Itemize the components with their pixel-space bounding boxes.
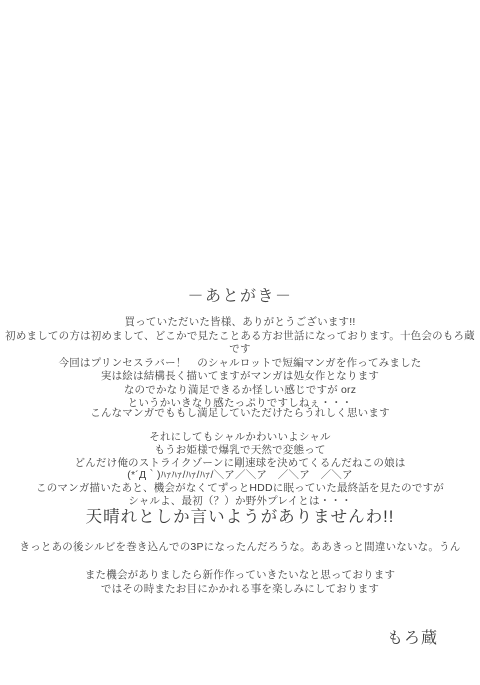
paragraph-charlotte: それにしてもシャルかわいいよシャル もうお姫様で爆乳で天然で変態って どんだけ俺… bbox=[0, 431, 480, 508]
paragraph-opening: 買っていただいた皆様、ありがとうございます!! 初めましての方は初めまして、どこ… bbox=[0, 316, 480, 411]
text-line: 買っていただいた皆様、ありがとうございます!! bbox=[0, 316, 480, 330]
text-line: きっとあの後シルビを巻き込んでの3Pになったんだろうな。ああきっと間違いないな。… bbox=[0, 541, 480, 555]
text-line: なのでかなり満足できるか怪しい感じですが orz bbox=[0, 384, 480, 398]
emphasis-line: 天晴れとしか言いようがありませんわ!! bbox=[0, 503, 480, 527]
text-line: それにしてもシャルかわいいよシャル bbox=[0, 431, 480, 444]
text-line: 今回はプリンセスラバー！ のシャルロットで短編マンガを作ってみました bbox=[0, 357, 480, 371]
paragraph-closing: また機会がありましたら新作作っていきたいなと思っております ではその時またお目に… bbox=[0, 568, 480, 596]
text-line: また機会がありましたら新作作っていきたいなと思っております bbox=[0, 568, 480, 582]
afterword-page: －あとがき－ 買っていただいた皆様、ありがとうございます!! 初めましての方は初… bbox=[0, 0, 480, 685]
paragraph-aside: きっとあの後シルビを巻き込んでの3Pになったんだろうな。ああきっと間違いないな。… bbox=[0, 541, 480, 555]
text-line: 初めましての方は初めまして、どこかで見たことある方お世話になっております。十色会… bbox=[0, 330, 480, 357]
kaomoji-line: (*´Д｀)ﾊｧﾊｧ/ﾊｧ/ﾊｧ/＼ア／＼ア ／＼ア ／＼ア bbox=[0, 469, 480, 482]
author-signature: もろ蔵 bbox=[387, 625, 438, 648]
text-line: もうお姫様で爆乳で天然で変態って bbox=[0, 444, 480, 457]
text-line: こんなマンガでももし満足していただけたらうれしく思います bbox=[0, 407, 480, 421]
text-line: このマンガ描いたあと、機会がなくてずっとHDDに眠っていた最終話を見たのですが bbox=[0, 482, 480, 495]
paragraph-hope: こんなマンガでももし満足していただけたらうれしく思います bbox=[0, 407, 480, 421]
page-title: －あとがき－ bbox=[0, 283, 480, 306]
text-line: 実は絵は結構長く描いてますがマンガは処女作となります bbox=[0, 370, 480, 384]
text-line: ではその時またお目にかかれる事を楽しみにしております bbox=[0, 582, 480, 596]
text-line: どんだけ俺のストライクゾーンに剛速球を決めてくるんだねこの娘は bbox=[0, 457, 480, 470]
